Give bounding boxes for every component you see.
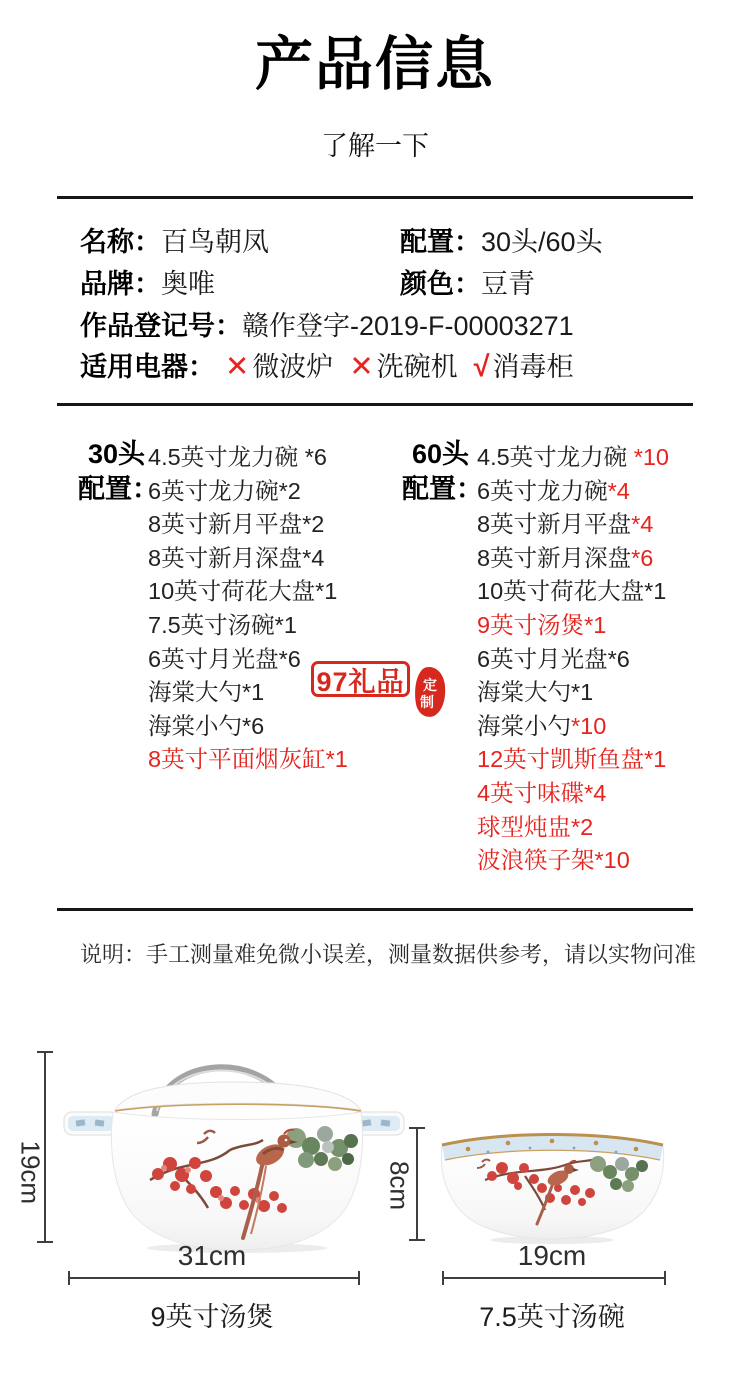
field-label: 颜色：	[400, 269, 481, 299]
pot-height-label: 19cm	[15, 1141, 46, 1201]
item-name: 8英寸平面烟灰缸	[148, 746, 326, 772]
item-qty: *1	[584, 612, 606, 638]
field-value: 30头/60头	[481, 227, 603, 257]
check-icon: √	[474, 351, 490, 383]
field-label: 作品登记号：	[80, 311, 242, 341]
field-value: 奥唯	[161, 269, 215, 299]
config60-word: 配置：	[402, 472, 483, 507]
watermark-text: 97礼品	[316, 660, 404, 699]
item-name: 6英寸龙力碗	[148, 478, 279, 504]
config-item: 4.5英寸龙力碗 *6	[148, 441, 348, 475]
info-cell-config: 配置：30头/60头	[400, 224, 603, 260]
product-info-sheet: 产品信息 了解一下 名称：百鸟朝凤 配置：30头/60头 品牌：奥唯 颜色：豆青…	[0, 0, 750, 1373]
field-value: 豆青	[481, 269, 535, 299]
svg-text:制: 制	[420, 694, 434, 710]
item-qty: *10	[634, 444, 669, 470]
item-name: 6英寸月光盘	[477, 646, 608, 672]
item-qty: *2	[302, 511, 324, 537]
info-row-name: 名称：百鸟朝凤 配置：30头/60头	[80, 224, 740, 260]
config-item: 4.5英寸龙力碗 *10	[477, 441, 669, 475]
item-qty: *4	[608, 478, 630, 504]
config-item: 球型炖盅*2	[477, 811, 669, 845]
item-qty: *10	[595, 847, 630, 873]
config30-label: 30头 配置：	[78, 437, 159, 507]
item-name: 4.5英寸龙力碗	[148, 444, 305, 470]
info-row-appliances: 适用电器：✕微波炉✕洗碗机√消毒柜	[80, 349, 740, 385]
info-row-registration: 作品登记号：赣作登字-2019-F-00003271	[80, 308, 740, 344]
soup-pot-image	[58, 1042, 410, 1254]
item-qty: *4	[302, 545, 324, 571]
appliance-name: 洗碗机	[377, 352, 458, 382]
appliance-name: 微波炉	[252, 352, 333, 382]
item-qty: *10	[571, 713, 606, 739]
item-qty: *1	[275, 612, 297, 638]
divider	[57, 403, 693, 406]
watermark-badge: 97礼品	[311, 661, 410, 697]
item-name: 10英寸荷花大盘	[148, 578, 315, 604]
bowl-width-label: 19cm	[442, 1240, 662, 1272]
appliance-name: 消毒柜	[493, 352, 574, 382]
page-subtitle: 了解一下	[0, 124, 750, 163]
pot-width-label: 31cm	[68, 1240, 356, 1272]
item-name: 海棠大勺	[148, 679, 242, 705]
item-qty: *4	[584, 780, 606, 806]
cross-icon: ✕	[349, 351, 373, 383]
config-item: 9英寸汤煲*1	[477, 609, 669, 643]
item-name: 波浪筷子架	[477, 847, 595, 873]
note-text: 手工测量难免微小误差，测量数据供参考，请以实物问准	[146, 942, 696, 967]
item-name: 海棠小勺	[477, 713, 571, 739]
config-item: 6英寸龙力碗*2	[148, 475, 348, 509]
divider	[57, 908, 693, 911]
item-qty: *6	[631, 545, 653, 571]
config60-count: 60头	[402, 437, 483, 472]
bowl-caption: 7.5英寸汤碗	[422, 1295, 682, 1334]
item-name: 4.5英寸龙力碗	[477, 444, 634, 470]
config-item: 8英寸新月深盘*4	[148, 542, 348, 576]
config-item: 12英寸凯斯鱼盘*1	[477, 743, 669, 777]
config-item: 波浪筷子架*10	[477, 844, 669, 878]
item-name: 6英寸龙力碗	[477, 478, 608, 504]
config-item: 海棠小勺*6	[148, 710, 348, 744]
item-qty: *2	[279, 478, 301, 504]
item-name: 12英寸凯斯鱼盘	[477, 746, 644, 772]
item-name: 球型炖盅	[477, 814, 571, 840]
soup-bowl-image	[430, 1118, 675, 1250]
config30-item-list: 4.5英寸龙力碗 *66英寸龙力碗*28英寸新月平盘*28英寸新月深盘*410英…	[148, 441, 348, 777]
item-qty: *1	[644, 746, 666, 772]
field-value: 赣作登字-2019-F-00003271	[242, 311, 574, 341]
field-label: 配置：	[400, 227, 481, 257]
item-name: 4英寸味碟	[477, 780, 584, 806]
config-item: 8英寸新月平盘*4	[477, 508, 669, 542]
config-item: 海棠大勺*1	[477, 676, 669, 710]
config60-item-list: 4.5英寸龙力碗 *106英寸龙力碗*48英寸新月平盘*48英寸新月深盘*610…	[477, 441, 669, 878]
item-name: 8英寸新月深盘	[148, 545, 302, 571]
item-name: 9英寸汤煲	[477, 612, 584, 638]
item-name: 海棠大勺	[477, 679, 571, 705]
config30-count: 30头	[78, 437, 159, 472]
bowl-width-dimension-line	[442, 1271, 666, 1285]
cross-icon: ✕	[225, 351, 249, 383]
item-name: 8英寸新月平盘	[477, 511, 631, 537]
info-row-brand: 品牌：奥唯 颜色：豆青	[80, 266, 740, 302]
config-item: 10英寸荷花大盘*1	[477, 575, 669, 609]
item-qty: *6	[608, 646, 630, 672]
field-label: 适用电器：	[80, 352, 215, 382]
item-qty: *6	[279, 646, 301, 672]
field-label: 名称：	[80, 227, 161, 257]
seal-stamp-icon: 定 制	[412, 666, 447, 718]
item-name: 6英寸月光盘	[148, 646, 279, 672]
item-qty: *2	[571, 814, 593, 840]
bowl-height-label: 8cm	[384, 1161, 415, 1211]
item-name: 海棠小勺	[148, 713, 242, 739]
field-value: 百鸟朝凤	[161, 227, 269, 257]
item-name: 8英寸新月深盘	[477, 545, 631, 571]
note-label: 说明：	[80, 942, 146, 967]
config-item: 8英寸新月深盘*6	[477, 542, 669, 576]
item-name: 7.5英寸汤碗	[148, 612, 275, 638]
item-qty: *6	[305, 444, 327, 470]
divider	[57, 196, 693, 199]
field-label: 品牌：	[80, 269, 161, 299]
config-item: 6英寸龙力碗*4	[477, 475, 669, 509]
pot-caption: 9英寸汤煲	[48, 1295, 376, 1334]
config-item: 4英寸味碟*4	[477, 777, 669, 811]
svg-text:定: 定	[423, 677, 437, 693]
config60-label: 60头 配置：	[402, 437, 483, 507]
page-title: 产品信息	[0, 32, 750, 98]
config-item: 8英寸新月平盘*2	[148, 508, 348, 542]
item-qty: *1	[571, 679, 593, 705]
item-name: 10英寸荷花大盘	[477, 578, 644, 604]
item-qty: *1	[644, 578, 666, 604]
info-cell-color: 颜色：豆青	[400, 266, 535, 302]
item-qty: *4	[631, 511, 653, 537]
item-qty: *6	[242, 713, 264, 739]
item-qty: *1	[242, 679, 264, 705]
pot-width-dimension-line	[68, 1271, 360, 1285]
config-item: 10英寸荷花大盘*1	[148, 575, 348, 609]
config-item: 8英寸平面烟灰缸*1	[148, 743, 348, 777]
config30-word: 配置：	[78, 472, 159, 507]
item-name: 8英寸新月平盘	[148, 511, 302, 537]
item-qty: *1	[315, 578, 337, 604]
item-qty: *1	[326, 746, 348, 772]
config-item: 6英寸月光盘*6	[477, 643, 669, 677]
config-item: 7.5英寸汤碗*1	[148, 609, 348, 643]
measurement-note: 说明：手工测量难免微小误差，测量数据供参考，请以实物问准	[80, 938, 696, 969]
config-item: 海棠小勺*10	[477, 710, 669, 744]
